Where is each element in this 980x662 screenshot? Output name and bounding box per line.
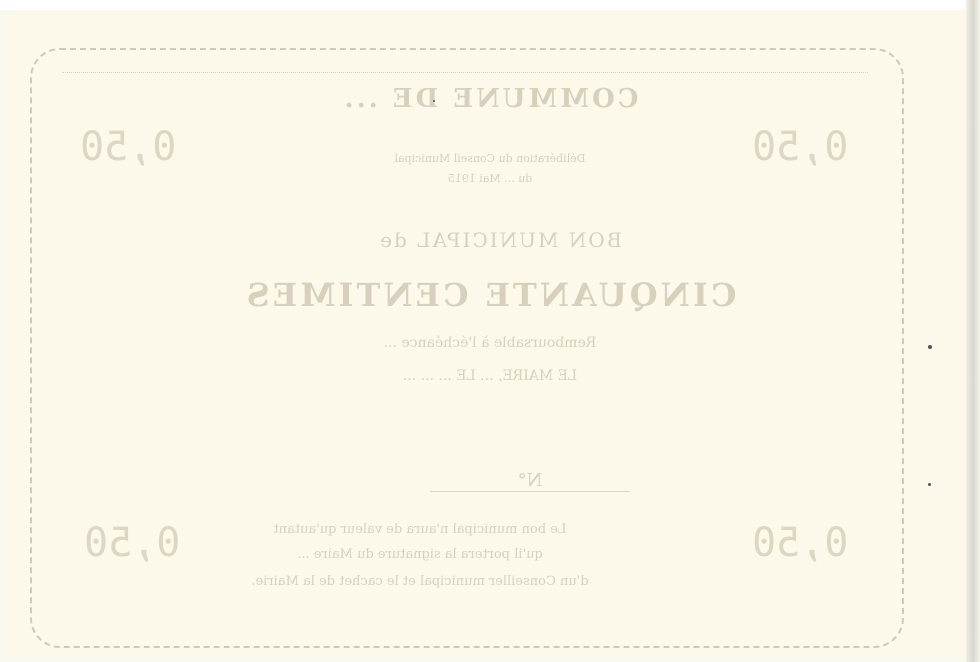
body-line-2: LE MAIRE, ... LE ... ... ...: [120, 368, 860, 384]
inner-border: [62, 72, 868, 593]
deliberation-line: Délibération du Conseil Municipal: [270, 152, 710, 165]
bon-municipal-label: BON MUNICIPAL de: [300, 228, 700, 252]
legal-line-1: Le bon municipal n'aura de valeur qu'aut…: [200, 522, 640, 537]
commune-title: COMMUNE DE ...: [230, 84, 750, 114]
corner-value-top-right: 0,50: [752, 124, 848, 170]
date-line: du ... Mai 1915: [370, 172, 610, 185]
corner-value-bottom-right: 0,50: [752, 520, 848, 566]
serial-number-label: N°: [430, 470, 630, 492]
legal-line-2: qu'il portera la signature du Maire ...: [200, 547, 640, 562]
scan-edge-top: [0, 0, 980, 10]
paper-speck: [433, 100, 435, 102]
body-line-1: Remboursable à l'échéance ...: [120, 335, 860, 351]
paper-speck: [928, 345, 932, 349]
scan-edge-right: [966, 0, 980, 662]
paper-speck: [928, 483, 931, 486]
amount-text: CINQUANTE CENTIMES: [210, 276, 770, 314]
corner-value-bottom-left: 0,50: [84, 520, 180, 566]
legal-line-3: d'un Conseiller municipal et le cachet d…: [200, 574, 640, 589]
corner-value-top-left: 0,50: [80, 124, 176, 170]
